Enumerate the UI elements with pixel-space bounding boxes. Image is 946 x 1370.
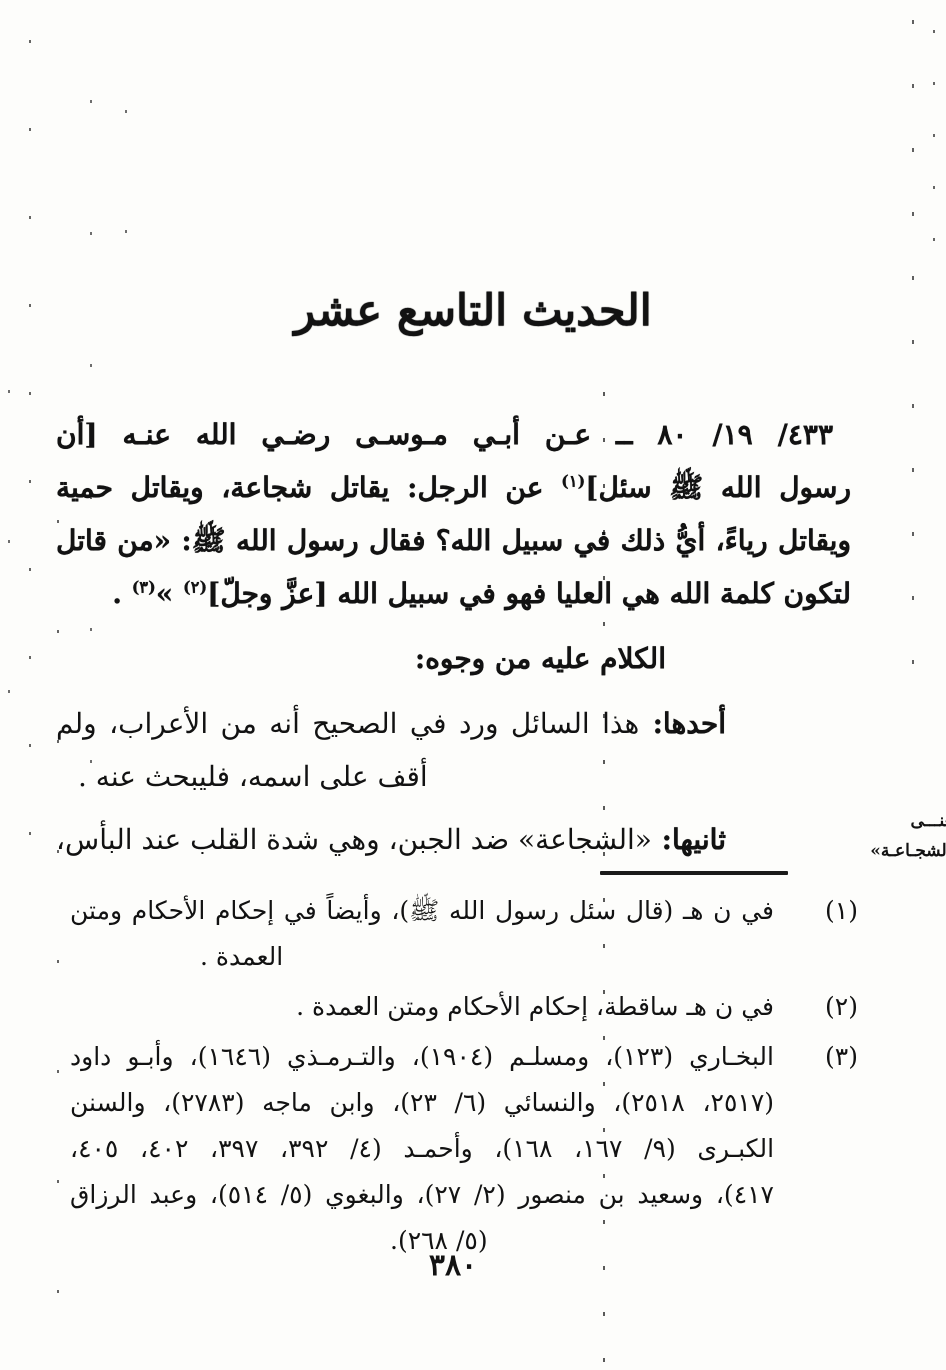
- footnote-2-text: في ن هـ ساقطة، إحكام الأحكام ومتن العمدة…: [70, 984, 774, 1030]
- footnote-1: (١) في ن هـ (قال سئل رسول الله ﷺ)، وأيضا…: [70, 888, 876, 980]
- body-text-column: ٤٣٣/ ١٩/ ٨٠ ــ عـن أبـي مـوسـى رضـي الله…: [56, 408, 851, 866]
- margin-note-line2: «الشجـاعـة»: [852, 836, 946, 866]
- margin-note: معنـــى «الشجـاعـة»: [852, 806, 946, 866]
- text-line: البخـاري (١٢٣)، ومسلـم (١٩٠٤)، والتـرمـذ…: [70, 1034, 774, 1080]
- footnotes-block: (١) في ن هـ (قال سئل رسول الله ﷺ)، وأيضا…: [70, 888, 876, 1264]
- text-line: رسول الله ﷺ سئل](١) عن الرجل: يقاتل شجاع…: [56, 461, 851, 514]
- footnote-3: (٣) البخـاري (١٢٣)، ومسلـم (١٩٠٤)، والتـ…: [70, 1034, 876, 1264]
- footnote-2-marker: (٢): [825, 984, 858, 1030]
- commentary-heading: الكلام عليه من وجوه:: [56, 632, 851, 685]
- footnote-separator: [600, 871, 788, 875]
- text-line: لتكون كلمة الله هي العليا فهو في سبيل ال…: [56, 567, 851, 620]
- text-line: أحدها: هذا السائل ورد في الصحيح أنه من ا…: [56, 697, 851, 750]
- scan-crease-right-2: [933, 30, 935, 290]
- margin-note-line1: معنـــى: [852, 806, 946, 836]
- text-line: العمدة .: [70, 934, 774, 980]
- scan-crease-left-1: [29, 40, 31, 850]
- footnote-1-marker: (١): [825, 888, 858, 934]
- text-line: الكبـرى (٩/ ١٦٧، ١٦٨)، وأحمـد (٤/ ٣٩٢، ٣…: [70, 1126, 774, 1172]
- text-line: ٤٣٣/ ١٩/ ٨٠ ــ عـن أبـي مـوسـى رضـي الله…: [56, 408, 851, 461]
- scanned-book-page: الحديث التاسع عشر ٤٣٣/ ١٩/ ٨٠ ــ عـن أبـ…: [0, 0, 946, 1370]
- scan-crease-right-1: [912, 20, 914, 720]
- scan-crease-left-5: [125, 110, 127, 290]
- page-title: الحديث التاسع عشر: [0, 286, 946, 336]
- text-line: ثانيها: «الشجاعة» ضد الجبن، وهي شدة القل…: [56, 813, 851, 866]
- text-line: (٢٥١٧، ٢٥١٨)، والنسائي (٦/ ٢٣)، وابن ماج…: [70, 1080, 774, 1126]
- second-point-paragraph: ثانيها: «الشجاعة» ضد الجبن، وهي شدة القل…: [56, 813, 851, 866]
- text-line: الكلام عليه من وجوه:: [56, 632, 851, 685]
- page-number: ٣٨٠: [0, 1248, 946, 1283]
- hadith-paragraph: ٤٣٣/ ١٩/ ٨٠ ــ عـن أبـي مـوسـى رضـي الله…: [56, 408, 851, 620]
- text-line: أقف على اسمه، فليبحث عنه .: [56, 750, 851, 803]
- text-line: ويقاتل رياءً، أيُّ ذلك في سبيل الله؟ فقا…: [56, 514, 851, 567]
- scan-crease-left-4: [8, 390, 10, 840]
- footnote-2: (٢) في ن هـ ساقطة، إحكام الأحكام ومتن ال…: [70, 984, 876, 1030]
- text-line: في ن هـ (قال سئل رسول الله ﷺ)، وأيضاً في…: [70, 888, 774, 934]
- text-line: في ن هـ ساقطة، إحكام الأحكام ومتن العمدة…: [70, 984, 774, 1030]
- text-line: ٤١٧)، وسعيد بن منصور (٢/ ٢٧)، والبغوي (٥…: [70, 1172, 774, 1218]
- footnote-3-text: البخـاري (١٢٣)، ومسلـم (١٩٠٤)، والتـرمـذ…: [70, 1034, 774, 1264]
- first-point-paragraph: أحدها: هذا السائل ورد في الصحيح أنه من ا…: [56, 697, 851, 803]
- footnote-3-marker: (٣): [825, 1034, 858, 1080]
- footnote-1-text: في ن هـ (قال سئل رسول الله ﷺ)، وأيضاً في…: [70, 888, 774, 980]
